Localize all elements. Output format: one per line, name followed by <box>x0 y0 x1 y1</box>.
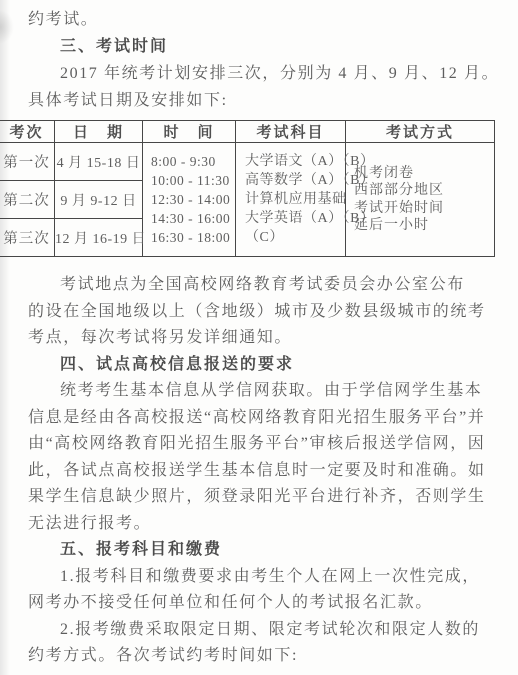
time-slot: 10:00 - 11:30 <box>151 171 235 190</box>
exam-subjects-cell: 大学语文（A）（B） 高等数学（A）（B） 计算机应用基础 大学英语（A）（B）… <box>236 143 346 257</box>
table-header-date: 日 期 <box>55 121 143 143</box>
table-header-row: 考次 日 期 时 间 考试科目 考试方式 <box>0 121 495 143</box>
round-1-date: 4 月 15-18 日 <box>55 143 143 181</box>
paragraph-line: 无法进行报考。 <box>28 511 492 538</box>
method-line: 机考闭卷 <box>354 165 494 183</box>
paragraph-line: 由“高校网络教育阳光招生服务平台”审核后报送学信网，因 <box>28 431 492 458</box>
subject-item: 高等数学（A）（B） <box>245 171 345 190</box>
paragraph-line: 信息是经由各高校报送“高校网络教育阳光招生服务平台”并 <box>28 405 492 432</box>
section-heading-info-reporting: 四、试点高校信息报送的要求 <box>28 352 492 379</box>
paragraph-line: 网考办不接受任何单位和任何个人的考试报名汇款。 <box>28 590 492 617</box>
table-header-time: 时 间 <box>143 121 236 143</box>
paragraph-line: 考试地点为全国高校网络教育考试委员会办公室公布 <box>28 272 492 299</box>
time-slot: 12:30 - 14:00 <box>151 190 235 209</box>
time-slot: 14:30 - 16:00 <box>151 209 235 228</box>
paragraph-line: 2.报考缴费采取限定日期、限定考试轮次和限定人数的 <box>28 617 492 644</box>
scanned-document-page: 约考试。 三、考试时间 2017 年统考计划安排三次，分别为 4 月、9 月、1… <box>0 0 518 675</box>
exam-method-list: 机考闭卷 西部部分地区 考试开始时间 延后一小时 <box>346 165 494 235</box>
paragraph-line: 统考考生基本信息从学信网获取。由于学信网学生基本 <box>28 378 492 405</box>
document-content: 约考试。 三、考试时间 2017 年统考计划安排三次，分别为 4 月、9 月、1… <box>0 0 518 670</box>
time-slot: 8:00 - 9:30 <box>151 152 235 171</box>
paragraph-line: 约考方式。各次考试约考时间如下: <box>28 643 492 670</box>
subject-item: 大学英语（A）（B） <box>245 209 345 228</box>
paragraph-line: 约考试。 <box>28 6 492 33</box>
method-line: 考试开始时间 <box>354 200 494 218</box>
section-heading-exam-time: 三、考试时间 <box>28 33 492 60</box>
table-header-round: 考次 <box>0 121 55 143</box>
section-heading-registration-payment: 五、报考科目和缴费 <box>28 537 492 564</box>
paragraph-line: 1.报考科目和缴费要求由考生个人在网上一次性完成， <box>28 564 492 591</box>
exam-subjects-list: 大学语文（A）（B） 高等数学（A）（B） 计算机应用基础 大学英语（A）（B）… <box>236 152 345 247</box>
round-3-name: 第三次 <box>0 219 55 257</box>
table-row-round-1: 第一次 4 月 15-18 日 8:00 - 9:30 10:00 - 11:3… <box>0 143 495 181</box>
exam-schedule-table: 考次 日 期 时 间 考试科目 考试方式 第一次 4 月 15-18 日 8:0… <box>0 120 495 257</box>
table-header-method: 考试方式 <box>346 121 495 143</box>
paragraph-line: 此，各试点高校报送学生基本信息时一定要及时和准确。如 <box>28 458 492 485</box>
round-2-date: 9 月 9-12 日 <box>55 181 143 219</box>
subject-item: （C） <box>245 228 345 247</box>
subject-item: 计算机应用基础 <box>245 190 345 209</box>
exam-schedule-table-wrap: 考次 日 期 时 间 考试科目 考试方式 第一次 4 月 15-18 日 8:0… <box>13 120 492 257</box>
round-3-date: 12 月 16-19 日 <box>55 219 143 257</box>
paragraph-line: 具体考试日期及安排如下: <box>28 87 492 114</box>
method-line: 西部部分地区 <box>354 182 494 200</box>
subject-item: 大学语文（A）（B） <box>245 152 345 171</box>
body-text-block: 考试地点为全国高校网络教育考试委员会办公室公布 的设在全国地级以上（含地级）城市… <box>28 272 492 670</box>
table-header-subjects: 考试科目 <box>236 121 346 143</box>
round-2-name: 第二次 <box>0 181 55 219</box>
round-1-name: 第一次 <box>0 143 55 181</box>
exam-times-list: 8:00 - 9:30 10:00 - 11:30 12:30 - 14:00 … <box>143 152 235 247</box>
paragraph-line: 果学生信息缺少照片，须登录阳光平台进行补齐，否则学生 <box>28 484 492 511</box>
paragraph-line: 2017 年统考计划安排三次，分别为 4 月、9 月、12 月。 <box>28 60 492 87</box>
paragraph-line: 的设在全国地级以上（含地级）城市及少数县级城市的统考 <box>28 299 492 326</box>
time-slot: 16:30 - 18:00 <box>151 228 235 247</box>
paragraph-line: 考点，每次考试将另发详细通知。 <box>28 325 492 352</box>
method-line: 延后一小时 <box>354 217 494 235</box>
exam-times-cell: 8:00 - 9:30 10:00 - 11:30 12:30 - 14:00 … <box>143 143 236 257</box>
